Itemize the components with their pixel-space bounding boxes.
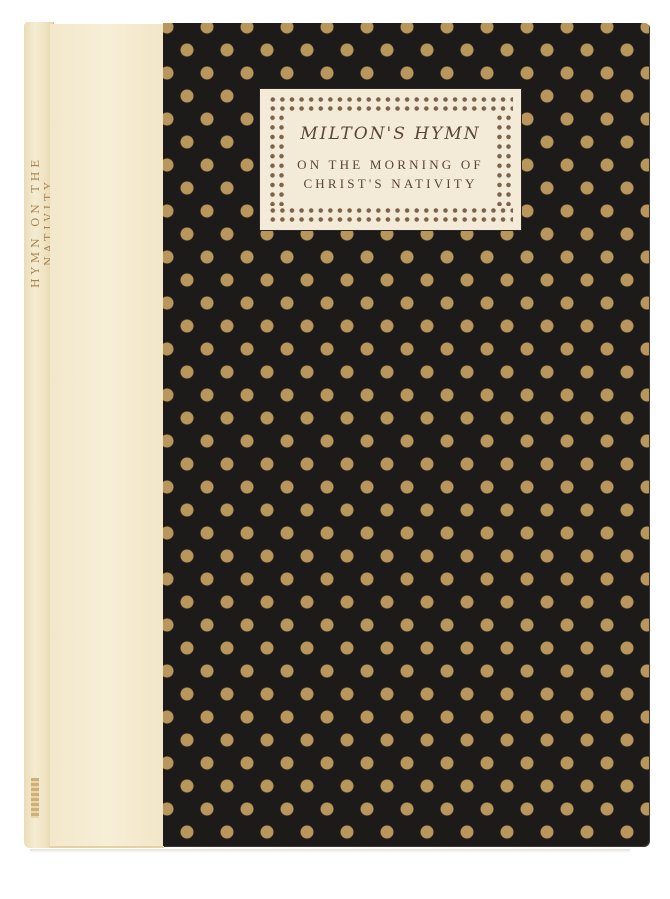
ornament-border-left (268, 113, 286, 206)
book-subtitle-line-2: CHRIST'S NATIVITY (290, 174, 491, 193)
ornament-border-bottom (268, 206, 513, 224)
spine-title: HYMN ON THE NATIVITY (29, 112, 49, 332)
book-subtitle-line-1: ON THE MORNING OF (290, 155, 491, 174)
book: HYMN ON THE NATIVITY MILTON'S HYMN ON TH… (24, 20, 650, 851)
cloth-panel (50, 24, 164, 848)
label-text: MILTON'S HYMN ON THE MORNING OF CHRIST'S… (290, 123, 491, 193)
spine-publisher-stamp (31, 778, 39, 818)
ornament-border-top (268, 95, 513, 113)
ornament-border-right (495, 113, 513, 206)
book-shadow (30, 849, 630, 853)
book-title: MILTON'S HYMN (290, 123, 491, 145)
title-label: MILTON'S HYMN ON THE MORNING OF CHRIST'S… (260, 89, 521, 230)
